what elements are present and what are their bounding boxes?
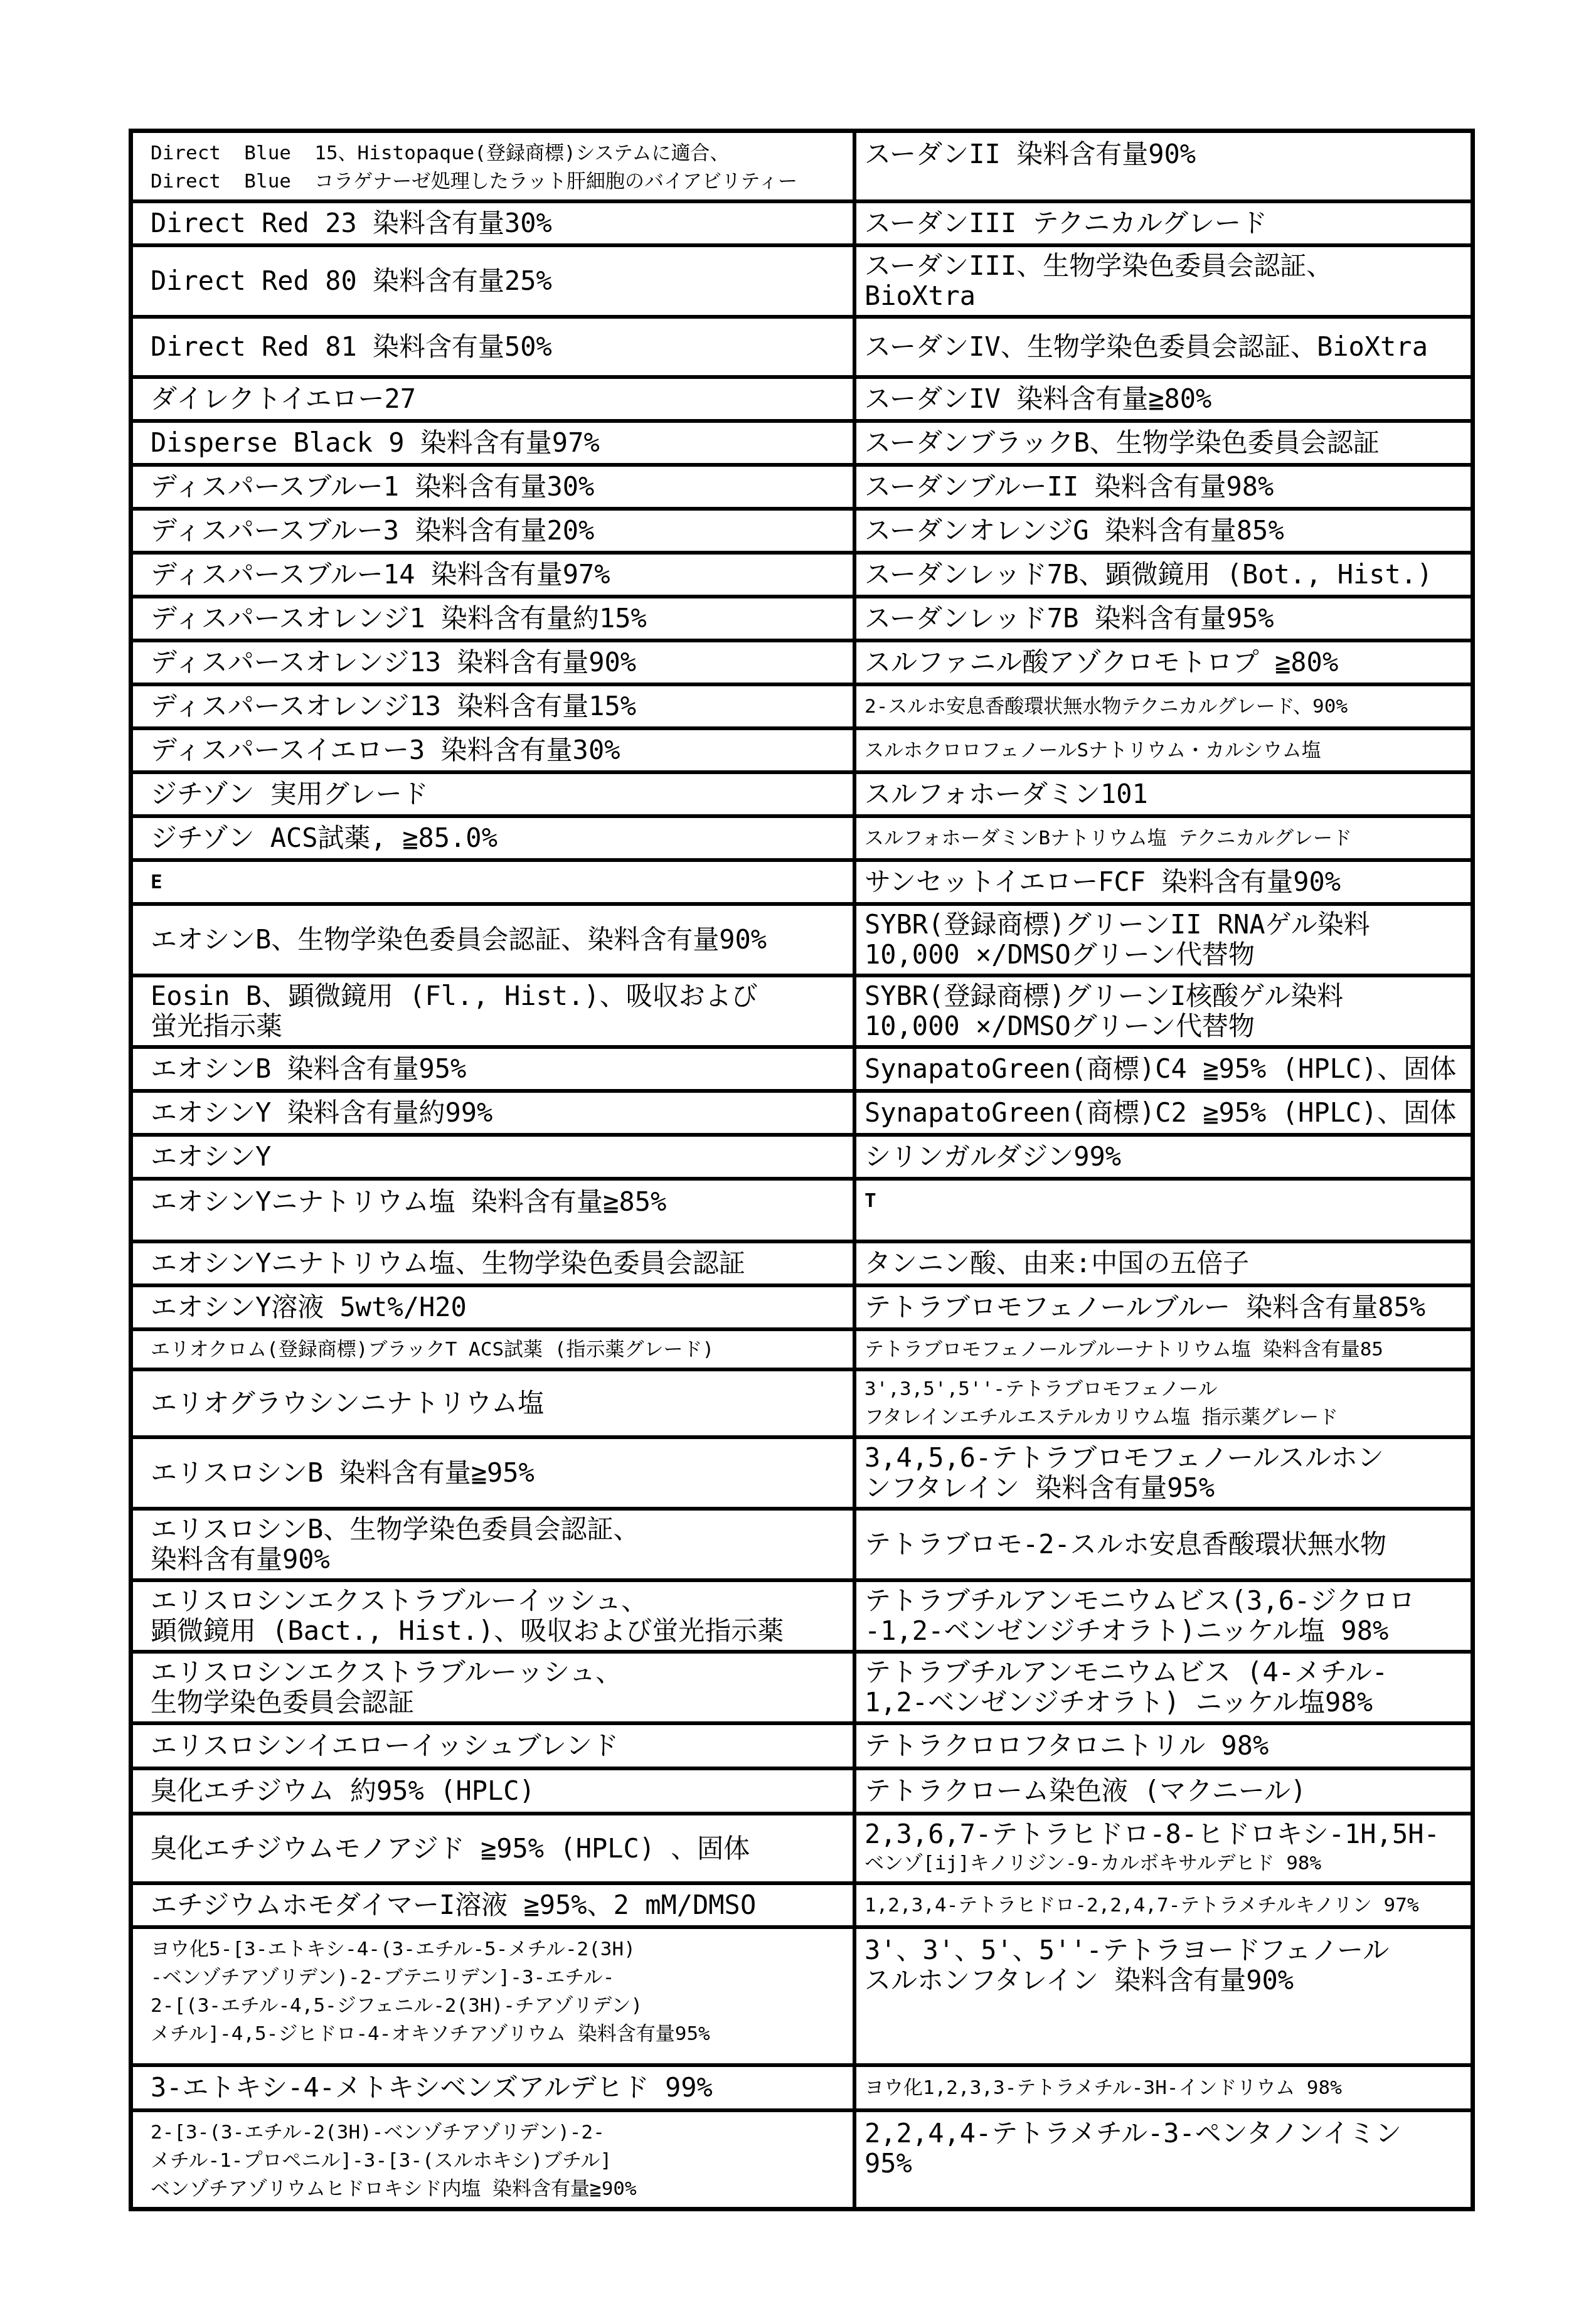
table-row: ディスパースブルー1 染料含有量30%スーダンブルーII 染料含有量98% [133,467,1471,511]
product-text-line: スーダンオレンジG 染料含有量85% [864,516,1467,546]
product-text-line: BioXtra [864,281,1467,311]
product-cell-left: エリスロシンB、生物学染色委員会認証、染料含有量90% [133,1511,853,1578]
table-row: ジチゾン ACS試薬, ≧85.0%スルフォホーダミンBナトリウム塩 テクニカル… [133,818,1471,862]
product-text-line: シリンガルダジン99% [864,1142,1467,1172]
product-text-line: テトラクロロフタロニトリル 98% [864,1731,1467,1761]
product-cell-right: スルファニル酸アゾクロモトロプ ≧80% [853,642,1471,683]
product-text-line: フタレインエチルエステルカリウム塩 指示薬グレード [864,1403,1467,1432]
product-cell-right: スルフォホーダミンBナトリウム塩 テクニカルグレード [853,818,1471,858]
product-cell-left: 2-[3-(3-エチル-2(3H)-ベンゾチアゾリデン)-2-メチル-1-プロペ… [133,2112,853,2207]
table-row: ディスパースブルー3 染料含有量20%スーダンオレンジG 染料含有量85% [133,511,1471,555]
table-row: エリスロシンB 染料含有量≧95%3,4,5,6-テトラブロモフェノールスルホン… [133,1439,1471,1511]
product-text-line: エリスロシンB 染料含有量≧95% [151,1458,849,1488]
product-cell-right: スーダンIV 染料含有量≧80% [853,379,1471,419]
product-cell-right: 3,4,5,6-テトラブロモフェノールスルホンンフタレイン 染料含有量95% [853,1439,1471,1507]
product-text-line: 2,2,4,4-テトラメチル-3-ペンタノンイミン [864,2118,1467,2149]
product-text-line: ディスパースブルー3 染料含有量20% [151,516,849,546]
table-row: ディスパースオレンジ13 染料含有量15%2-スルホ安息香酸環状無水物テクニカル… [133,686,1471,730]
product-cell-left: ディスパースオレンジ1 染料含有量約15% [133,598,853,639]
table-row: EサンセットイエローFCF 染料含有量90% [133,862,1471,906]
product-cell-left: ヨウ化5-[3-エトキシ-4-(3-エチル-5-メチル-2(3H)-ベンゾチアゾ… [133,1929,853,2063]
product-text-line: エチジウムホモダイマーI溶液 ≧95%、2 mM/DMSO [151,1890,849,1920]
product-cell-right: 1,2,3,4-テトラヒドロ-2,2,4,7-テトラメチルキノリン 97% [853,1885,1471,1925]
product-text-line: 臭化エチジウム 約95% (HPLC) [151,1776,849,1806]
product-text-line: スーダンレッド7B 染料含有量95% [864,603,1467,634]
product-text-line: テトラブロモフェノールブルーナトリウム塩 染料含有量85 [864,1336,1467,1364]
product-cell-left: 臭化エチジウム 約95% (HPLC) [133,1770,853,1812]
product-text-line: スルファニル酸アゾクロモトロプ ≧80% [864,647,1467,678]
product-cell-left: エオシンB 染料含有量95% [133,1049,853,1089]
product-text-line: ヨウ化5-[3-エトキシ-4-(3-エチル-5-メチル-2(3H) [151,1935,849,1964]
product-text-line: SynapatoGreen(商標)C4 ≧95% (HPLC)、固体 [864,1054,1467,1084]
product-text-line: Direct Red 23 染料含有量30% [151,208,849,238]
product-text-line: エオシンY [151,1142,849,1172]
product-cell-right: テトラクローム染色液 (マクニール) [853,1770,1471,1812]
product-cell-right: スーダンレッド7B 染料含有量95% [853,598,1471,639]
product-cell-right: スーダンオレンジG 染料含有量85% [853,511,1471,551]
product-text-line: 3',3,5',5''-テトラブロモフェノール [864,1375,1467,1403]
product-cell-right: スルホクロロフェノールSナトリウム・カルシウム塩 [853,730,1471,770]
product-cell-right: テトラブチルアンモニウムビス(3,6-ジクロロ-1,2-ベンゼンジチオラト)ニッ… [853,1582,1471,1650]
product-cell-left: Disperse Black 9 染料含有量97% [133,423,853,463]
product-cell-right: スーダンIII テクニカルグレード [853,203,1471,243]
table-row: エリスロシンイエローイッシュブレンドテトラクロロフタロニトリル 98% [133,1725,1471,1770]
product-text-line: 3,4,5,6-テトラブロモフェノールスルホン [864,1443,1467,1473]
product-cell-right: テトラブロモフェノールブルー 染料含有量85% [853,1287,1471,1327]
product-cell-right: サンセットイエローFCF 染料含有量90% [853,862,1471,902]
product-text-line: スルフォホーダミンBナトリウム塩 テクニカルグレード [864,824,1467,853]
product-text-line: エオシンYニナトリウム塩、生物学染色委員会認証 [151,1248,849,1278]
product-cell-right: スーダンブラックB、生物学染色委員会認証 [853,423,1471,463]
product-cell-right: テトラブロモフェノールブルーナトリウム塩 染料含有量85 [853,1331,1471,1368]
product-text-line: エリオクロム(登録商標)ブラックT ACS試薬 (指示薬グレード) [151,1336,849,1364]
product-text-line: スーダンIII、生物学染色委員会認証、 [864,251,1467,281]
product-text-line: ディスパースブルー14 染料含有量97% [151,560,849,590]
product-cell-left: エオシンY溶液 5wt%/H20 [133,1287,853,1327]
product-text-line: Direct Blue 15、Histopaque(登録商標)システムに適合、 [151,139,849,167]
table-row: Eosin B、顕微鏡用 (Fl., Hist.)、吸収および蛍光指示薬SYBR… [133,977,1471,1049]
product-text-line: テトラブロモ-2-スルホ安息香酸環状無水物 [864,1529,1467,1560]
product-cell-left: 3-エトキシ-4-メトキシベンズアルデヒド 99% [133,2067,853,2108]
product-text-line: Direct Red 81 染料含有量50% [151,332,849,362]
product-cell-left: エリスロシンエクストラブルーイッシュ、顕微鏡用 (Bact., Hist.)、吸… [133,1582,853,1650]
product-cell-left: エオシンB、生物学染色委員会認証、染料含有量90% [133,906,853,974]
product-cell-right: スーダンレッド7B、顕微鏡用 (Bot., Hist.) [853,555,1471,595]
table-row: ヨウ化5-[3-エトキシ-4-(3-エチル-5-メチル-2(3H)-ベンゾチアゾ… [133,1929,1471,2067]
table-row: ディスパースブルー14 染料含有量97%スーダンレッド7B、顕微鏡用 (Bot.… [133,555,1471,598]
product-cell-right: テトラブチルアンモニウムビス (4-メチル-1,2-ベンゼンジチオラト) ニッケ… [853,1654,1471,1721]
product-cell-left: エリスロシンイエローイッシュブレンド [133,1725,853,1767]
product-cell-left: Direct Red 81 染料含有量50% [133,319,853,375]
product-text-line: Direct Blue コラゲナーゼ処理したラット肝細胞のバイアビリティー [151,167,849,196]
product-text-line: ディスパースオレンジ13 染料含有量15% [151,691,849,721]
product-text-line: Eosin B、顕微鏡用 (Fl., Hist.)、吸収および [151,981,849,1011]
product-cell-right: 2-スルホ安息香酸環状無水物テクニカルグレード、90% [853,686,1471,726]
table-row: エリスロシンエクストラブルーイッシュ、顕微鏡用 (Bact., Hist.)、吸… [133,1582,1471,1654]
product-text-line: -ベンゾチアゾリデン)-2-ブテニリデン]-3-エチル- [151,1964,849,1992]
product-text-line: エリオグラウシンニナトリウム塩 [151,1388,849,1418]
table-row: エオシンYニナトリウム塩、生物学染色委員会認証タンニン酸、由来:中国の五倍子 [133,1243,1471,1287]
table-row: エオシンB、生物学染色委員会認証、染料含有量90%SYBR(登録商標)グリーンI… [133,906,1471,977]
product-text-line: スーダンブルーII 染料含有量98% [864,472,1467,502]
product-text-line: 臭化エチジウムモノアジド ≧95% (HPLC) 、固体 [151,1834,849,1864]
product-cell-left: ディスパースイエロー3 染料含有量30% [133,730,853,770]
product-cell-right: 3',3,5',5''-テトラブロモフェノールフタレインエチルエステルカリウム塩… [853,1371,1471,1435]
product-cell-left: エオシンYニナトリウム塩 染料含有量≧85% [133,1181,853,1240]
table-row: ダイレクトイエロー27スーダンIV 染料含有量≧80% [133,379,1471,423]
product-cell-right: SYBR(登録商標)グリーンII RNAゲル染料10,000 ×/DMSOグリー… [853,906,1471,974]
product-text-line: 95% [864,2149,1467,2179]
table-row: エオシンYニナトリウム塩 染料含有量≧85%T [133,1181,1471,1243]
product-text-line: エリスロシンイエローイッシュブレンド [151,1731,849,1761]
product-cell-left: Direct Red 23 染料含有量30% [133,203,853,243]
table-row: ディスパースオレンジ13 染料含有量90%スルファニル酸アゾクロモトロプ ≧80… [133,642,1471,686]
product-text-line: スーダンIV 染料含有量≧80% [864,384,1467,414]
product-cell-right: SYBR(登録商標)グリーンI核酸ゲル染料10,000 ×/DMSOグリーン代替… [853,977,1471,1045]
product-cell-left: エオシンYニナトリウム塩、生物学染色委員会認証 [133,1243,853,1283]
product-text-line: 10,000 ×/DMSOグリーン代替物 [864,1011,1467,1041]
product-cell-right: ヨウ化1,2,3,3-テトラメチル-3H-インドリウム 98% [853,2067,1471,2108]
table-row: エリスロシンB、生物学染色委員会認証、染料含有量90%テトラブロモ-2-スルホ安… [133,1511,1471,1582]
product-cell-left: Direct Red 80 染料含有量25% [133,247,853,315]
product-text-line: 蛍光指示薬 [151,1011,849,1041]
product-cell-right: T [853,1181,1471,1240]
product-cell-left: ディスパースブルー14 染料含有量97% [133,555,853,595]
product-text-line: スルホクロロフェノールSナトリウム・カルシウム塩 [864,736,1467,765]
table-row: エリオグラウシンニナトリウム塩3',3,5',5''-テトラブロモフェノールフタ… [133,1371,1471,1439]
table-row: エリスロシンエクストラブルーッシュ、生物学染色委員会認証テトラブチルアンモニウム… [133,1654,1471,1725]
product-text-line: ディスパースブルー1 染料含有量30% [151,472,849,502]
product-cell-right: タンニン酸、由来:中国の五倍子 [853,1243,1471,1283]
product-cell-left: ディスパースオレンジ13 染料含有量90% [133,642,853,683]
product-cell-right: テトラブロモ-2-スルホ安息香酸環状無水物 [853,1511,1471,1578]
product-text-line: メチル]-4,5-ジヒドロ-4-オキソチアゾリウム 染料含有量95% [151,2020,849,2048]
product-text-line: メチル-1-プロペニル]-3-[3-(スルホキシ)ブチル] [151,2147,849,2175]
dye-catalog-table: Direct Blue 15、Histopaque(登録商標)システムに適合、D… [129,129,1475,2211]
product-text-line: 10,000 ×/DMSOグリーン代替物 [864,940,1467,970]
product-text-line: スルフォホーダミン101 [864,779,1467,809]
product-cell-left: エチジウムホモダイマーI溶液 ≧95%、2 mM/DMSO [133,1885,853,1925]
table-row: エオシンY 染料含有量約99%SynapatoGreen(商標)C2 ≧95% … [133,1093,1471,1137]
product-text-line: サンセットイエローFCF 染料含有量90% [864,867,1467,897]
product-text-line: エリスロシンエクストラブルーイッシュ、 [151,1586,849,1616]
product-text-line: Direct Red 80 染料含有量25% [151,266,849,296]
product-text-line: 2,3,6,7-テトラヒドロ-8-ヒドロキシ-1H,5H- [864,1819,1467,1849]
product-cell-right: シリンガルダジン99% [853,1137,1471,1177]
table-row: ディスパースオレンジ1 染料含有量約15%スーダンレッド7B 染料含有量95% [133,598,1471,642]
product-text-line: スーダンレッド7B、顕微鏡用 (Bot., Hist.) [864,560,1467,590]
product-cell-left: エオシンY [133,1137,853,1177]
product-text-line: 3-エトキシ-4-メトキシベンズアルデヒド 99% [151,2073,849,2103]
product-text-line: スーダンII 染料含有量90% [864,139,1467,169]
table-row: 3-エトキシ-4-メトキシベンズアルデヒド 99%ヨウ化1,2,3,3-テトラメ… [133,2067,1471,2112]
product-cell-right: テトラクロロフタロニトリル 98% [853,1725,1471,1767]
table-row: Direct Red 23 染料含有量30%スーダンIII テクニカルグレード [133,203,1471,247]
product-text-line: ディスパースオレンジ13 染料含有量90% [151,647,849,678]
product-cell-left: ディスパースオレンジ13 染料含有量15% [133,686,853,726]
table-row: Disperse Black 9 染料含有量97%スーダンブラックB、生物学染色… [133,423,1471,467]
product-cell-right: SynapatoGreen(商標)C4 ≧95% (HPLC)、固体 [853,1049,1471,1089]
product-cell-left: ダイレクトイエロー27 [133,379,853,419]
product-cell-left: Eosin B、顕微鏡用 (Fl., Hist.)、吸収および蛍光指示薬 [133,977,853,1045]
product-cell-right: スルフォホーダミン101 [853,774,1471,814]
table-row: エリオクロム(登録商標)ブラックT ACS試薬 (指示薬グレード)テトラブロモフ… [133,1331,1471,1371]
product-text-line: 染料含有量90% [151,1544,849,1575]
product-cell-left: Direct Blue 15、Histopaque(登録商標)システムに適合、D… [133,133,853,199]
product-cell-right: スーダンIII、生物学染色委員会認証、BioXtra [853,247,1471,315]
product-text-line: テトラブロモフェノールブルー 染料含有量85% [864,1292,1467,1322]
product-text-line: スルホンフタレイン 染料含有量90% [864,1965,1467,1995]
product-cell-right: SynapatoGreen(商標)C2 ≧95% (HPLC)、固体 [853,1093,1471,1133]
product-text-line: エリスロシンエクストラブルーッシュ、 [151,1657,849,1687]
table-row: 2-[3-(3-エチル-2(3H)-ベンゾチアゾリデン)-2-メチル-1-プロペ… [133,2112,1471,2207]
product-text-line: 1,2,3,4-テトラヒドロ-2,2,4,7-テトラメチルキノリン 97% [864,1891,1467,1920]
section-marker: T [864,1187,1467,1215]
product-text-line: エオシンB、生物学染色委員会認証、染料含有量90% [151,925,849,955]
table-row: エオシンYシリンガルダジン99% [133,1137,1471,1181]
product-cell-left: エリスロシンエクストラブルーッシュ、生物学染色委員会認証 [133,1654,853,1721]
product-cell-left: ディスパースブルー3 染料含有量20% [133,511,853,551]
product-text-line: スーダンIII テクニカルグレード [864,208,1467,238]
product-cell-right: スーダンII 染料含有量90% [853,133,1471,199]
page: { "page": { "background": "#ffffff", "te… [0,0,1596,2301]
product-text-line: 1,2-ベンゼンジチオラト) ニッケル塩98% [864,1687,1467,1718]
product-text-line: エオシンB 染料含有量95% [151,1054,849,1084]
product-cell-right: スーダンブルーII 染料含有量98% [853,467,1471,507]
product-text-line: 2-[3-(3-エチル-2(3H)-ベンゾチアゾリデン)-2- [151,2118,849,2147]
table-row: ディスパースイエロー3 染料含有量30%スルホクロロフェノールSナトリウム・カル… [133,730,1471,774]
product-text-line: テトラブチルアンモニウムビス(3,6-ジクロロ [864,1586,1467,1616]
product-text-line: スーダンIV、生物学染色委員会認証、BioXtra [864,332,1467,362]
table-row: ジチゾン 実用グレードスルフォホーダミン101 [133,774,1471,818]
table-row: Direct Blue 15、Histopaque(登録商標)システムに適合、D… [133,133,1471,203]
product-text-line: ダイレクトイエロー27 [151,384,849,414]
product-text-line: Disperse Black 9 染料含有量97% [151,428,849,458]
product-text-line: SYBR(登録商標)グリーンII RNAゲル染料 [864,910,1467,940]
product-text-line: ディスパースイエロー3 染料含有量30% [151,735,849,765]
product-text-line: エオシンYニナトリウム塩 染料含有量≧85% [151,1187,849,1217]
product-cell-left: 臭化エチジウムモノアジド ≧95% (HPLC) 、固体 [133,1815,853,1881]
product-text-line: ヨウ化1,2,3,3-テトラメチル-3H-インドリウム 98% [864,2074,1467,2102]
section-marker: E [151,868,849,896]
product-text-line: テトラブチルアンモニウムビス (4-メチル- [864,1657,1467,1687]
product-text-line: エリスロシンB、生物学染色委員会認証、 [151,1514,849,1544]
product-cell-left: ディスパースブルー1 染料含有量30% [133,467,853,507]
product-text-line: スーダンブラックB、生物学染色委員会認証 [864,428,1467,458]
product-text-line: テトラクローム染色液 (マクニール) [864,1776,1467,1806]
product-text-line: 顕微鏡用 (Bact., Hist.)、吸収および蛍光指示薬 [151,1616,849,1646]
product-text-line: エオシンY 染料含有量約99% [151,1098,849,1128]
product-text-line: 2-[(3-エチル-4,5-ジフェニル-2(3H)-チアゾリデン) [151,1992,849,2020]
product-cell-left: エリオクロム(登録商標)ブラックT ACS試薬 (指示薬グレード) [133,1331,853,1368]
product-text-line: ベンゾチアゾリウムヒドロキシド内塩 染料含有量≧90% [151,2175,849,2203]
product-cell-right: 2,3,6,7-テトラヒドロ-8-ヒドロキシ-1H,5H-ベンゾ[ij]キノリジ… [853,1815,1471,1881]
product-cell-right: 3'、3'、5'、5''-テトラヨードフェノールスルホンフタレイン 染料含有量9… [853,1929,1471,2063]
table-row: Direct Red 81 染料含有量50%スーダンIV、生物学染色委員会認証、… [133,319,1471,379]
product-text-line: エオシンY溶液 5wt%/H20 [151,1292,849,1322]
product-text-line: SynapatoGreen(商標)C2 ≧95% (HPLC)、固体 [864,1098,1467,1128]
product-cell-left: E [133,862,853,902]
table-row: 臭化エチジウムモノアジド ≧95% (HPLC) 、固体2,3,6,7-テトラヒ… [133,1815,1471,1885]
product-cell-left: ジチゾン ACS試薬, ≧85.0% [133,818,853,858]
product-cell-left: エオシンY 染料含有量約99% [133,1093,853,1133]
product-cell-left: エリオグラウシンニナトリウム塩 [133,1371,853,1435]
product-cell-right: 2,2,4,4-テトラメチル-3-ペンタノンイミン95% [853,2112,1471,2207]
product-text-line: 2-スルホ安息香酸環状無水物テクニカルグレード、90% [864,693,1467,721]
table-row: Direct Red 80 染料含有量25%スーダンIII、生物学染色委員会認証… [133,247,1471,319]
table-row: エオシンB 染料含有量95%SynapatoGreen(商標)C4 ≧95% (… [133,1049,1471,1093]
product-text-line: 生物学染色委員会認証 [151,1687,849,1718]
product-text-line: ベンゾ[ij]キノリジン-9-カルボキサルデヒド 98% [864,1849,1467,1878]
table-row: 臭化エチジウム 約95% (HPLC)テトラクローム染色液 (マクニール) [133,1770,1471,1815]
product-text-line: ジチゾン 実用グレード [151,779,849,809]
product-text-line: ディスパースオレンジ1 染料含有量約15% [151,603,849,634]
table-row: エオシンY溶液 5wt%/H20テトラブロモフェノールブルー 染料含有量85% [133,1287,1471,1331]
product-text-line: タンニン酸、由来:中国の五倍子 [864,1248,1467,1278]
product-text-line: ジチゾン ACS試薬, ≧85.0% [151,823,849,853]
product-text-line: ンフタレイン 染料含有量95% [864,1473,1467,1503]
product-cell-left: ジチゾン 実用グレード [133,774,853,814]
product-text-line: 3'、3'、5'、5''-テトラヨードフェノール [864,1935,1467,1965]
product-text-line: -1,2-ベンゼンジチオラト)ニッケル塩 98% [864,1616,1467,1646]
table-row: エチジウムホモダイマーI溶液 ≧95%、2 mM/DMSO1,2,3,4-テトラ… [133,1885,1471,1929]
product-text-line: SYBR(登録商標)グリーンI核酸ゲル染料 [864,981,1467,1011]
product-cell-left: エリスロシンB 染料含有量≧95% [133,1439,853,1507]
product-cell-right: スーダンIV、生物学染色委員会認証、BioXtra [853,319,1471,375]
